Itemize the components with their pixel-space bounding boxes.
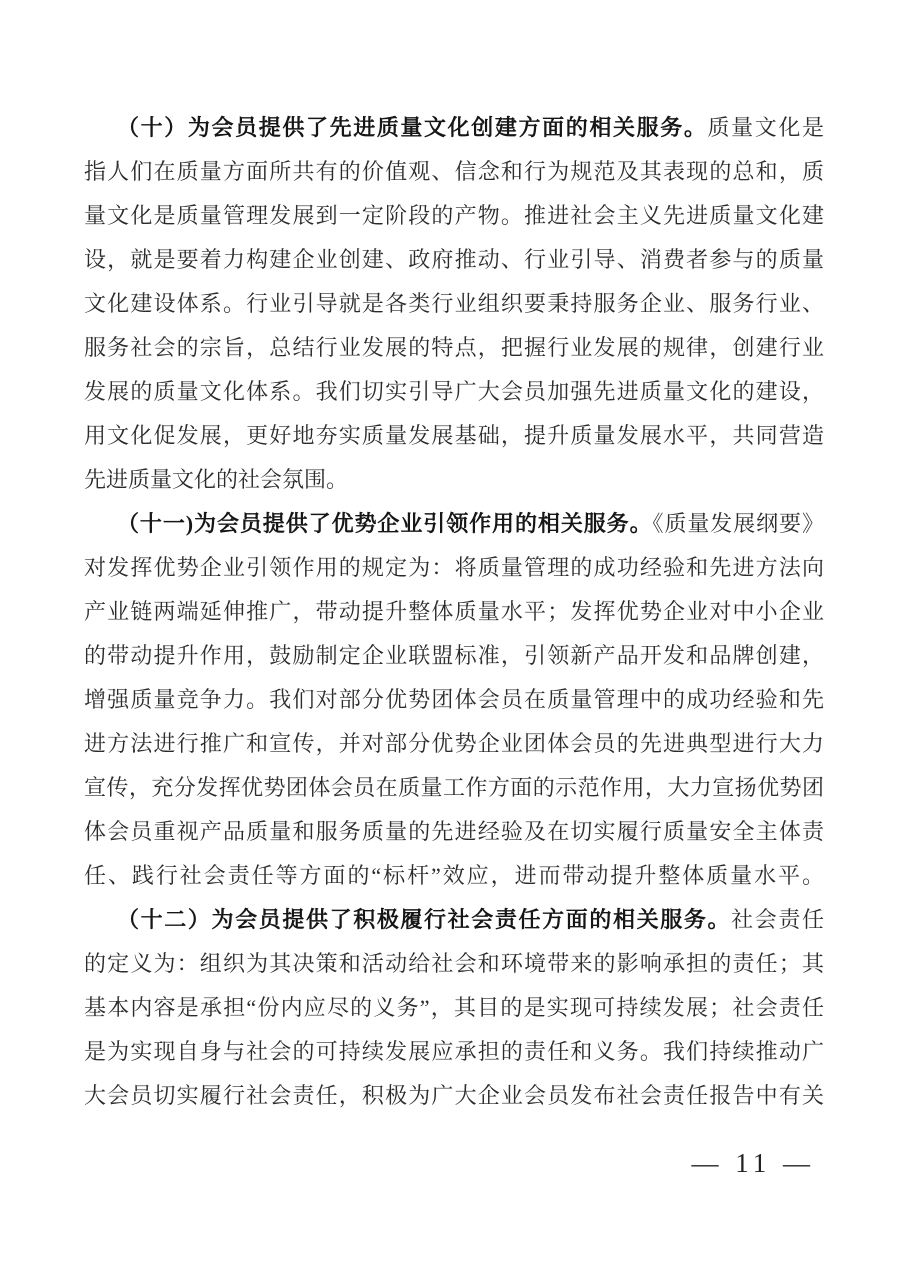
paragraph-ten-heading: （十）为会员提供了先进质量文化创建方面的相关服务。 bbox=[117, 115, 708, 140]
paragraph-ten: （十）为会员提供了先进质量文化创建方面的相关服务。质量文化是 指人们在质量方面所… bbox=[84, 106, 824, 502]
text-line: 服务社会的宗旨，总结行业发展的特点，把握行业发展的规律，创建行业 bbox=[84, 326, 824, 370]
text-line: 对发挥优势企业引领作用的规定为：将质量管理的成功经验和先进方法向 bbox=[84, 546, 824, 590]
text-line: 的带动提升作用，鼓励制定企业联盟标准，引领新产品开发和品牌创建， bbox=[84, 634, 824, 678]
page-number: — 11 — bbox=[692, 1148, 816, 1179]
text-line: 体会员重视产品质量和服务质量的先进经验及在切实履行质量安全主体责 bbox=[84, 810, 824, 854]
text-line: 任、践行社会责任等方面的“标杆”效应，进而带动提升整体质量水平。 bbox=[84, 854, 824, 898]
text-line: 基本内容是承担“份内应尽的义务”，其目的是实现可持续发展；社会责任 bbox=[84, 986, 824, 1030]
paragraph-eleven: （十一)为会员提供了优势企业引领作用的相关服务。《质量发展纲要》 对发挥优势企业… bbox=[84, 502, 824, 898]
document-page: （十）为会员提供了先进质量文化创建方面的相关服务。质量文化是 指人们在质量方面所… bbox=[0, 0, 900, 1273]
text-line: 文化建设体系。行业引导就是各类行业组织要秉持服务企业、服务行业、 bbox=[84, 282, 824, 326]
text-line: 进方法进行推广和宣传，并对部分优势企业团体会员的先进典型进行大力 bbox=[84, 722, 824, 766]
paragraph-ten-first-line-rest: 质量文化是 bbox=[708, 115, 824, 140]
text-line: 指人们在质量方面所共有的价值观、信念和行为规范及其表现的总和，质 bbox=[84, 150, 824, 194]
document-body: （十）为会员提供了先进质量文化创建方面的相关服务。质量文化是 指人们在质量方面所… bbox=[84, 106, 824, 1118]
text-line: 设，就是要着力构建企业创建、政府推动、行业引导、消费者参与的质量 bbox=[84, 238, 824, 282]
text-line: 产业链两端延伸推广，带动提升整体质量水平；发挥优势企业对中小企业 bbox=[84, 590, 824, 634]
paragraph-twelve: （十二）为会员提供了积极履行社会责任方面的相关服务。社会责任 的定义为：组织为其… bbox=[84, 898, 824, 1118]
paragraph-eleven-first-line: （十一)为会员提供了优势企业引领作用的相关服务。《质量发展纲要》 bbox=[84, 502, 824, 546]
text-line: 宣传，充分发挥优势团体会员在质量工作方面的示范作用，大力宣扬优势团 bbox=[84, 766, 824, 810]
text-line: 量文化是质量管理发展到一定阶段的产物。推进社会主义先进质量文化建 bbox=[84, 194, 824, 238]
text-line: 的定义为：组织为其决策和活动给社会和环境带来的影响承担的责任；其 bbox=[84, 942, 824, 986]
text-line: 先进质量文化的社会氛围。 bbox=[84, 458, 824, 502]
paragraph-twelve-first-line-rest: 社会责任 bbox=[731, 907, 824, 932]
text-line: 是为实现自身与社会的可持续发展应承担的责任和义务。我们持续推动广 bbox=[84, 1030, 824, 1074]
text-line: 增强质量竞争力。我们对部分优势团体会员在质量管理中的成功经验和先 bbox=[84, 678, 824, 722]
paragraph-ten-first-line: （十）为会员提供了先进质量文化创建方面的相关服务。质量文化是 bbox=[84, 106, 824, 150]
text-line: 发展的质量文化体系。我们切实引导广大会员加强先进质量文化的建设， bbox=[84, 370, 824, 414]
text-line: 用文化促发展，更好地夯实质量发展基础，提升质量发展水平，共同营造 bbox=[84, 414, 824, 458]
paragraph-twelve-heading: （十二）为会员提供了积极履行社会责任方面的相关服务。 bbox=[117, 907, 731, 932]
paragraph-eleven-first-line-rest: 《质量发展纲要》 bbox=[653, 511, 824, 536]
text-line: 大会员切实履行社会责任，积极为广大企业会员发布社会责任报告中有关 bbox=[84, 1074, 824, 1118]
paragraph-eleven-heading: （十一)为会员提供了优势企业引领作用的相关服务。 bbox=[117, 511, 653, 536]
paragraph-twelve-first-line: （十二）为会员提供了积极履行社会责任方面的相关服务。社会责任 bbox=[84, 898, 824, 942]
